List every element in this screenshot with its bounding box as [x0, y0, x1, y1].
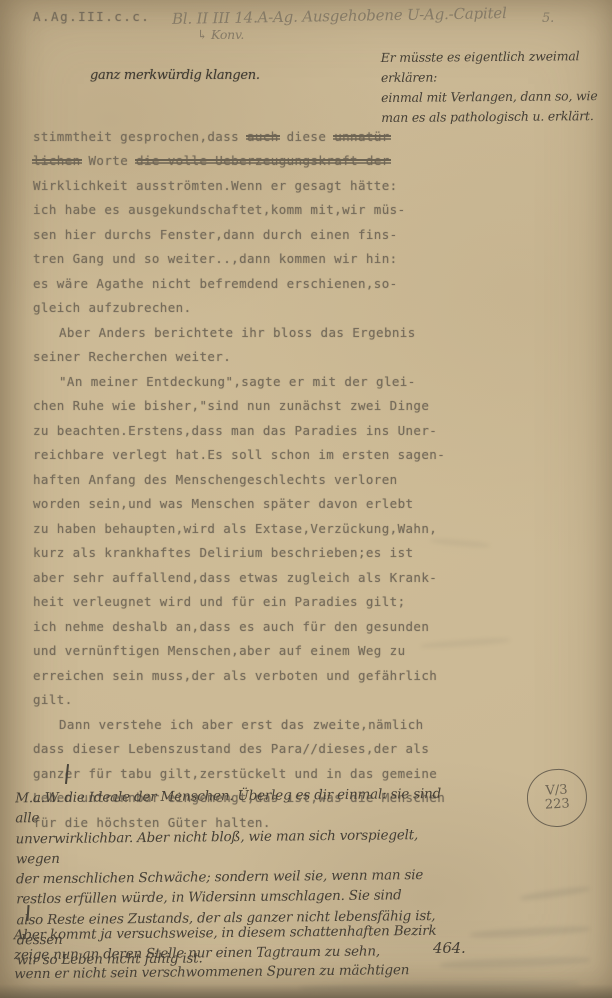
typed-text: Wirklichkeit ausströmten.Wenn er gesagt … — [33, 178, 398, 193]
typed-text: worden sein,und was Menschen später davo… — [33, 496, 413, 511]
typed-line: ich nehme deshalb an,dass es auch für de… — [33, 615, 593, 640]
typed-line: aber sehr auffallend,dass etwas zugleich… — [33, 566, 593, 591]
typed-text: Worte — [81, 153, 136, 168]
typed-line: tren Gang und so weiter..,dann kommen wi… — [33, 247, 593, 272]
typed-text: Dann verstehe ich aber erst das zweite,n… — [59, 717, 424, 732]
typed-line: reichbare verlegt hat.Es soll schon im e… — [33, 443, 593, 468]
typed-text: ganzer für tabu gilt,zerstückelt und in … — [33, 766, 437, 781]
typed-line: Dann verstehe ich aber erst das zweite,n… — [33, 713, 593, 738]
typed-line: und vernünftigen Menschen,aber auf einem… — [33, 639, 593, 664]
typed-text: haften Anfang des Menschengeschlechts ve… — [33, 472, 398, 487]
stamp-sheet: 223 — [545, 797, 571, 812]
typed-line: haften Anfang des Menschengeschlechts ve… — [33, 468, 593, 493]
header-hand-note: Bl. II III 14.A-Ag. Ausgehobene U-Ag.-Ca… — [172, 4, 507, 28]
typed-text: chen Ruhe wie bisher,"sind nun zunächst … — [33, 398, 429, 413]
handwritten-line: M.a.W. die Ideale der Menschen. Überleg … — [15, 784, 465, 829]
typed-text: sen hier durchs Fenster,dann durch einen… — [33, 227, 398, 242]
typed-line: dass dieser Lebenszustand des Para//dies… — [33, 737, 593, 762]
typed-line: Aber Anders berichtete ihr bloss das Erg… — [33, 321, 593, 346]
page-number: 5. — [542, 11, 554, 26]
typed-line: gilt. — [33, 688, 593, 713]
typed-line: heit verleugnet wird und für ein Paradie… — [33, 590, 593, 615]
manuscript-page: A.Ag.III.c.c. Bl. II III 14.A-Ag. Ausgeh… — [0, 0, 612, 998]
typed-line: chen Ruhe wie bisher,"sind nun zunächst … — [33, 394, 593, 419]
typed-text: gilt. — [33, 692, 73, 707]
typed-text: gleich aufzubrechen. — [33, 300, 192, 315]
typed-text: stimmtheit gesprochen,dass — [33, 129, 247, 144]
typed-text: ich nehme deshalb an,dass es auch für de… — [33, 619, 429, 634]
typed-line: seiner Recherchen weiter. — [33, 345, 593, 370]
typed-line: "An meiner Entdeckung",sagte er mit der … — [33, 370, 593, 395]
typed-line: zu beachten.Erstens,dass man das Paradie… — [33, 419, 593, 444]
typed-text: zu haben behaupten,wird als Extase,Verzü… — [33, 521, 437, 536]
struck-text: unnatür — [334, 129, 389, 144]
typed-line: stimmtheit gesprochen,dass auch diese un… — [33, 125, 593, 150]
typed-line: sen hier durchs Fenster,dann durch einen… — [33, 223, 593, 248]
typed-line: kurz als krankhaftes Delirium beschriebe… — [33, 541, 593, 566]
typed-text: und vernünftigen Menschen,aber auf einem… — [33, 643, 406, 658]
typed-text: tren Gang und so weiter..,dann kommen wi… — [33, 251, 398, 266]
typed-line: lichen Worte die volle Ueberzeugungskraf… — [33, 149, 593, 174]
header-hand-note-sub: ↳ Konv. — [197, 27, 244, 42]
typed-line: gleich aufzubrechen. — [33, 296, 593, 321]
typed-line: Wirklichkeit ausströmten.Wenn er gesagt … — [33, 174, 593, 199]
typed-text: Aber Anders berichtete ihr bloss das Erg… — [59, 325, 416, 340]
struck-text: die volle Ueberzeugungskraft der — [136, 153, 390, 168]
struck-text: lichen — [33, 153, 81, 168]
typed-text: kurz als krankhaftes Delirium beschriebe… — [33, 545, 413, 560]
typed-line: zu haben behaupten,wird als Extase,Verzü… — [33, 517, 593, 542]
typed-text: erreichen sein muss,der als verboten und… — [33, 668, 437, 683]
typed-line: ganzer für tabu gilt,zerstückelt und in … — [33, 762, 593, 787]
reference-number: 464. — [433, 939, 466, 957]
typed-text: es wäre Agathe nicht befremdend erschien… — [33, 276, 398, 291]
typed-text: ich habe es ausgekundschaftet,komm mit,w… — [33, 202, 406, 217]
typed-text: "An meiner Entdeckung",sagte er mit der … — [59, 374, 416, 389]
handwritten-note-block-2: Aber kommt ja versuchsweise, in diesem s… — [14, 922, 445, 985]
typed-line: es wäre Agathe nicht befremdend erschien… — [33, 272, 593, 297]
handwritten-line: wenn er nicht sein verschwommenen Spuren… — [14, 961, 444, 985]
ink-smudge — [520, 885, 590, 902]
archive-signature: A.Ag.III.c.c. — [33, 9, 150, 24]
handwritten-insertion: ganz merkwürdig klangen. — [90, 64, 260, 89]
typed-line: erreichen sein muss,der als verboten und… — [33, 664, 593, 689]
typed-text-block: ganz merkwürdig klangen. stimmtheit gesp… — [33, 51, 593, 835]
typed-line: worden sein,und was Menschen später davo… — [33, 492, 593, 517]
page-bottom-shadow — [0, 984, 612, 998]
typed-text: aber sehr auffallend,dass etwas zugleich… — [33, 570, 437, 585]
typed-text: reichbare verlegt hat.Es soll schon im e… — [33, 447, 445, 462]
handwritten-line: unverwirklichbar. Aber nicht bloß, wie m… — [15, 824, 465, 869]
typed-text: seiner Recherchen weiter. — [33, 349, 231, 364]
typed-text: heit verleugnet wird und für ein Paradie… — [33, 594, 406, 609]
struck-text: auch — [247, 129, 279, 144]
typed-line: ich habe es ausgekundschaftet,komm mit,w… — [33, 198, 593, 223]
typed-text: dass dieser Lebenszustand des Para//dies… — [33, 741, 429, 756]
typed-text: zu beachten.Erstens,dass man das Paradie… — [33, 423, 437, 438]
ink-smudge — [470, 925, 590, 939]
typed-text: diese — [279, 129, 334, 144]
